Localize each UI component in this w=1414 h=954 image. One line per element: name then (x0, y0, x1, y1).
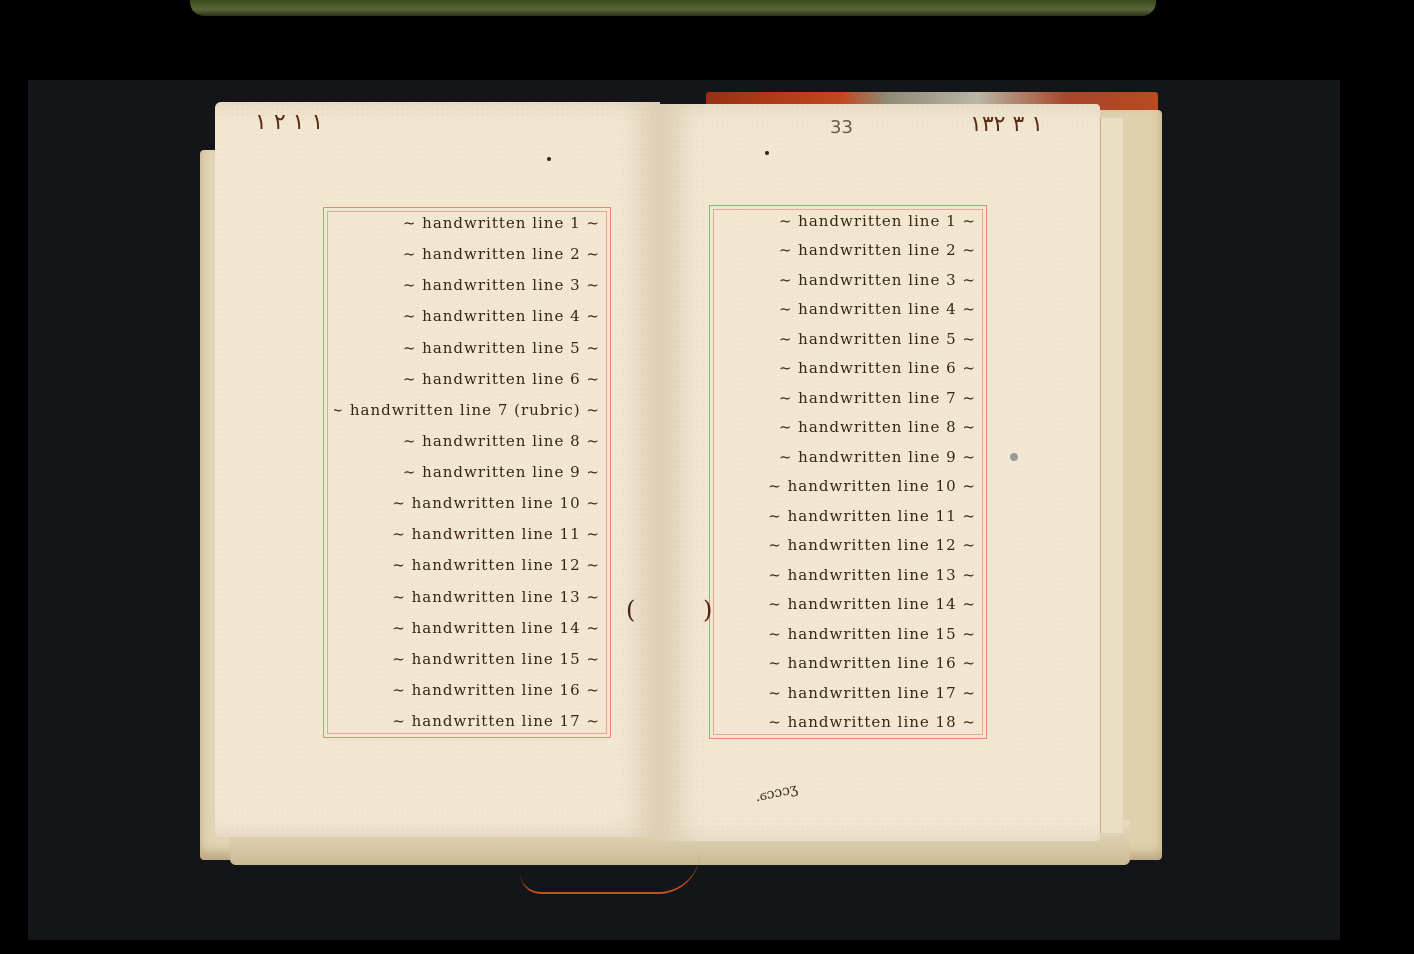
manuscript-line: ~ handwritten line 12 ~ (334, 558, 600, 573)
paper-spot (1010, 453, 1018, 461)
manuscript-line: ~ handwritten line 1 ~ (720, 214, 976, 229)
manuscript-line: ~ handwritten line 15 ~ (334, 652, 600, 667)
left-lines: ~ handwritten line 1 ~~ handwritten line… (334, 216, 600, 729)
manuscript-line: ~ handwritten line 5 ~ (720, 332, 976, 347)
gutter-catchword: ( ) (626, 596, 742, 624)
manuscript-line: ~ handwritten line 12 ~ (720, 538, 976, 553)
manuscript-line: ~ handwritten line 7 (rubric) ~ (334, 403, 600, 418)
manuscript-line: ~ handwritten line 6 ~ (720, 361, 976, 376)
manuscript-line: ~ handwritten line 8 ~ (334, 434, 600, 449)
manuscript-line: ~ handwritten line 1 ~ (334, 216, 600, 231)
binding-thread (520, 852, 700, 894)
manuscript-line: ~ handwritten line 9 ~ (720, 450, 976, 465)
ink-dot (765, 151, 769, 155)
folio-number: 33 (830, 117, 853, 138)
manuscript-line: ~ handwritten line 3 ~ (720, 273, 976, 288)
manuscript-line: ~ handwritten line 11 ~ (720, 509, 976, 524)
flyleaf-edge (1100, 118, 1123, 833)
manuscript-line: ~ handwritten line 14 ~ (720, 597, 976, 612)
manuscript-line: ~ handwritten line 7 ~ (720, 391, 976, 406)
manuscript-line: ~ handwritten line 2 ~ (334, 247, 600, 262)
manuscript-line: ~ handwritten line 16 ~ (720, 656, 976, 671)
manuscript-line: ~ handwritten line 16 ~ (334, 683, 600, 698)
manuscript-line: ~ handwritten line 4 ~ (720, 302, 976, 317)
manuscript-line: ~ handwritten line 8 ~ (720, 420, 976, 435)
manuscript-line: ~ handwritten line 6 ~ (334, 372, 600, 387)
manuscript-line: ~ handwritten line 2 ~ (720, 243, 976, 258)
manuscript-line: ~ handwritten line 5 ~ (334, 341, 600, 356)
right-lines: ~ handwritten line 1 ~~ handwritten line… (720, 214, 976, 730)
manuscript-line: ~ handwritten line 10 ~ (720, 479, 976, 494)
manuscript-line: ~ handwritten line 3 ~ (334, 278, 600, 293)
manuscript-line: ~ handwritten line 9 ~ (334, 465, 600, 480)
manuscript-line: ~ handwritten line 17 ~ (720, 686, 976, 701)
light-box-edge (190, 0, 1156, 16)
left-top-marks: ١ ١ ٢ ١ (255, 110, 323, 135)
right-top-marks: ١ ٣ ١٣٢ (970, 112, 1043, 137)
manuscript-line: ~ handwritten line 14 ~ (334, 621, 600, 636)
right-text-block: ~ handwritten line 1 ~~ handwritten line… (709, 205, 987, 739)
manuscript-line: ~ handwritten line 18 ~ (720, 715, 976, 730)
manuscript-line: ~ handwritten line 13 ~ (720, 568, 976, 583)
manuscript-line: ~ handwritten line 13 ~ (334, 590, 600, 605)
manuscript-line: ~ handwritten line 4 ~ (334, 309, 600, 324)
manuscript-line: ~ handwritten line 11 ~ (334, 527, 600, 542)
ink-dot (547, 157, 551, 161)
manuscript-line: ~ handwritten line 15 ~ (720, 627, 976, 642)
manuscript-line: ~ handwritten line 10 ~ (334, 496, 600, 511)
manuscript-line: ~ handwritten line 17 ~ (334, 714, 600, 729)
left-text-block: ~ handwritten line 1 ~~ handwritten line… (323, 207, 611, 738)
